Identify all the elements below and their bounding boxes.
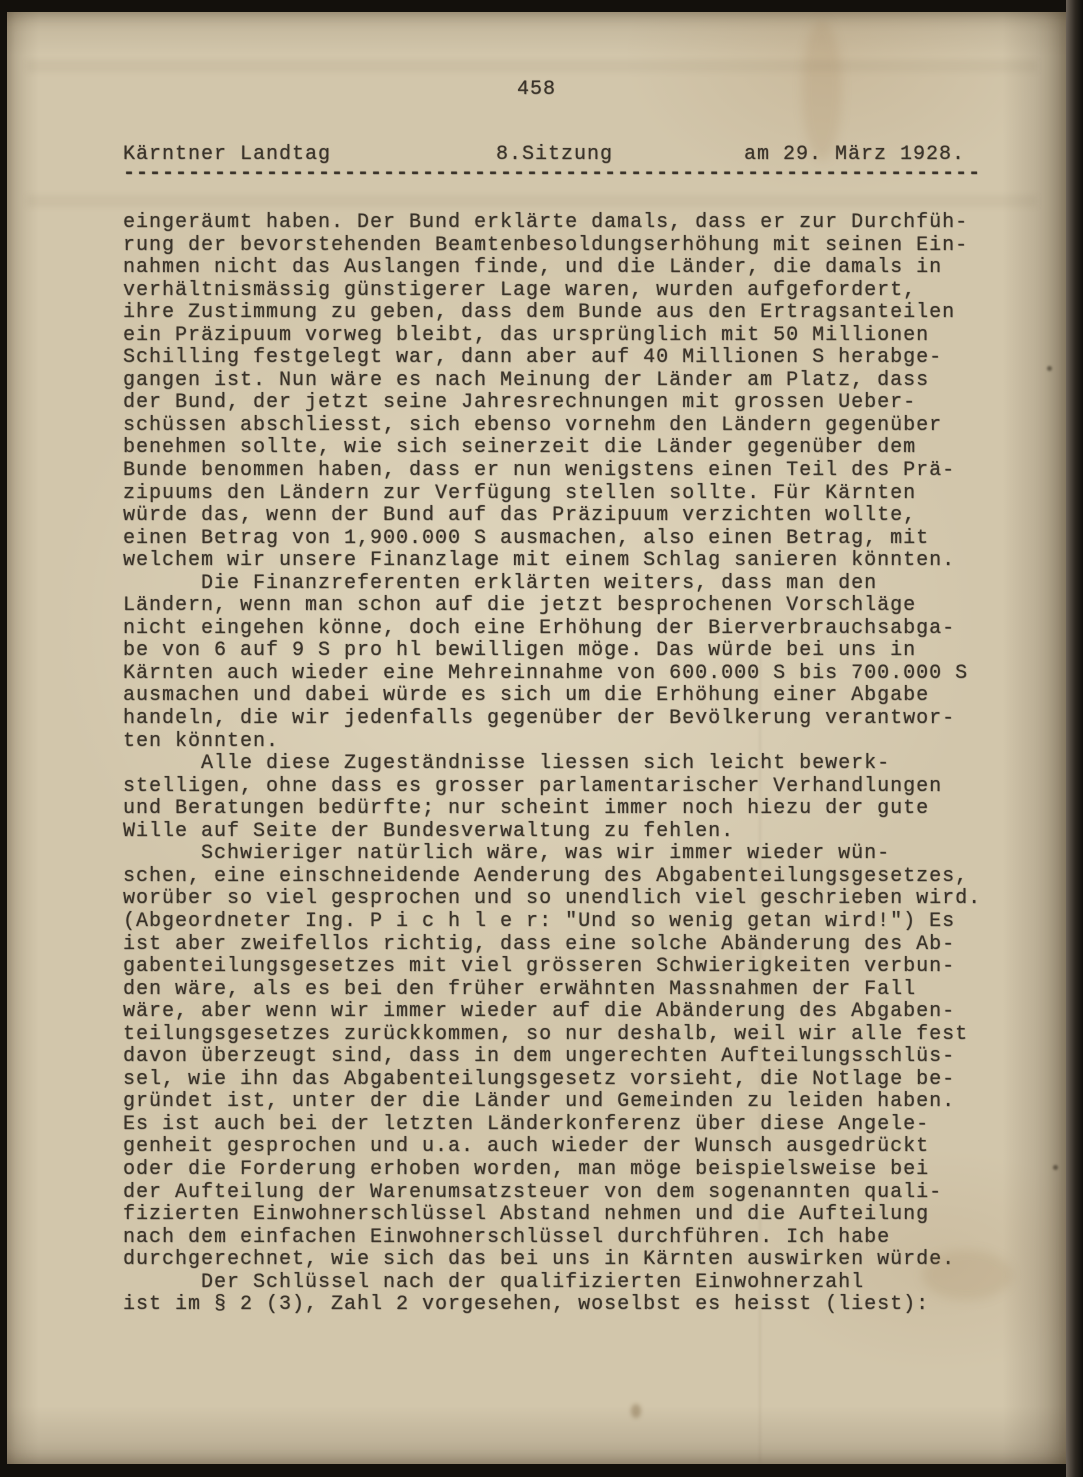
text-line: Bunde benommen haben, dass er nun wenigs… (123, 460, 981, 483)
text-line: be von 6 auf 9 S pro hl bewilligen möge.… (123, 640, 981, 663)
text-line: nach dem einfachen Einwohnerschlüssel du… (123, 1227, 981, 1250)
text-line: ten könnten. (123, 731, 981, 754)
paper-speck (1053, 1165, 1058, 1170)
text-line: fizierten Einwohnerschlüssel Abstand neh… (123, 1204, 981, 1227)
text-line: gabenteilungsgesetzes mit viel grösseren… (123, 956, 981, 979)
binding-shadow-band (1066, 0, 1083, 1477)
text-line: durchgerechnet, wie sich das bei uns in … (123, 1249, 981, 1272)
text-line: und Beratungen bedürfte; nur scheint imm… (123, 798, 981, 821)
text-line: Alle diese Zugeständnisse liessen sich l… (123, 753, 981, 776)
text-line: teilungsgesetzes zurückkommen, so nur de… (123, 1024, 981, 1047)
text-line: einen Betrag von 1,900.000 S ausmachen, … (123, 528, 981, 551)
text-line: gangen ist. Nun wäre es nach Meinung der… (123, 370, 981, 393)
text-line: Die Finanzreferenten erklärten weiters, … (123, 573, 981, 596)
reverse-side-showthrough (27, 195, 1037, 207)
text-line: davon überzeugt sind, dass in dem ungere… (123, 1046, 981, 1069)
text-line: rung der bevorstehenden Beamtenbesoldung… (123, 235, 981, 258)
body-text: eingeräumt haben. Der Bund erklärte dama… (123, 212, 981, 1317)
text-line: welchem wir unsere Finanzlage mit einem … (123, 550, 981, 573)
text-line: Ländern, wenn man schon auf die jetzt be… (123, 595, 981, 618)
header-divider: ----------------------------------------… (123, 162, 989, 185)
paper-speck (1047, 366, 1052, 371)
text-line: Der Schlüssel nach der qualifizierten Ei… (123, 1272, 981, 1295)
text-line: ausmachen und dabei würde es sich um die… (123, 685, 981, 708)
text-line: schüssen abschliesst, sich ebenso vorneh… (123, 415, 981, 438)
text-line: nicht eingehen könne, doch eine Erhöhung… (123, 618, 981, 641)
scanned-document: 458 Kärntner Landtag 8.Sitzung am 29. Mä… (0, 0, 1083, 1477)
text-line: eingeräumt haben. Der Bund erklärte dama… (123, 212, 981, 235)
text-line: ist aber zweifellos richtig, dass eine s… (123, 934, 981, 957)
text-line: schen, eine einschneidende Aenderung des… (123, 866, 981, 889)
text-line: zipuums den Ländern zur Verfügung stelle… (123, 483, 981, 506)
text-line: würde das, wenn der Bund auf das Präzipu… (123, 505, 981, 528)
paper-crease (759, 632, 761, 1462)
text-line: (Abgeordneter Ing. P i c h l e r: "Und s… (123, 911, 981, 934)
text-line: ihre Zustimmung zu geben, dass dem Bunde… (123, 302, 981, 325)
reverse-side-showthrough (27, 60, 1037, 72)
text-line: genheit gesprochen und u.a. auch wieder … (123, 1136, 981, 1159)
page-number: 458 (7, 78, 1066, 101)
text-line: worüber so viel gesprochen und so unendl… (123, 888, 981, 911)
text-line: gründet ist, unter der die Länder und Ge… (123, 1091, 981, 1114)
text-line: ein Präzipuum vorweg bleibt, das ursprün… (123, 325, 981, 348)
text-line: oder die Forderung erhoben worden, man m… (123, 1159, 981, 1182)
text-line: wäre, aber wenn wir immer wieder auf die… (123, 1001, 981, 1024)
text-line: Schilling festgelegt war, dann aber auf … (123, 347, 981, 370)
text-line: ist im § 2 (3), Zahl 2 vorgesehen, wosel… (123, 1294, 981, 1317)
text-line: der Aufteilung der Warenumsatzsteuer von… (123, 1182, 981, 1205)
text-line: den wäre, als es bei den früher erwähnte… (123, 979, 981, 1002)
paper-stain (631, 1404, 641, 1418)
text-line: nahmen nicht das Auslangen finde, und di… (123, 257, 981, 280)
text-line: verhältnismässig günstigerer Lage waren,… (123, 280, 981, 303)
text-line: Schwieriger natürlich wäre, was wir imme… (123, 843, 981, 866)
text-line: benehmen sollte, wie sich seinerzeit die… (123, 437, 981, 460)
text-line: Wille auf Seite der Bundesverwaltung zu … (123, 821, 981, 844)
document-page: 458 Kärntner Landtag 8.Sitzung am 29. Mä… (7, 12, 1066, 1464)
text-line: der Bund, der jetzt seine Jahresrechnung… (123, 392, 981, 415)
text-line: stelligen, ohne dass es grosser parlamen… (123, 776, 981, 799)
text-line: Kärnten auch wieder eine Mehreinnahme vo… (123, 663, 981, 686)
text-line: Es ist auch bei der letzten Länderkonfer… (123, 1114, 981, 1137)
text-line: sel, wie ihn das Abgabenteilungsgesetz v… (123, 1069, 981, 1092)
text-line: handeln, die wir jedenfalls gegenüber de… (123, 708, 981, 731)
